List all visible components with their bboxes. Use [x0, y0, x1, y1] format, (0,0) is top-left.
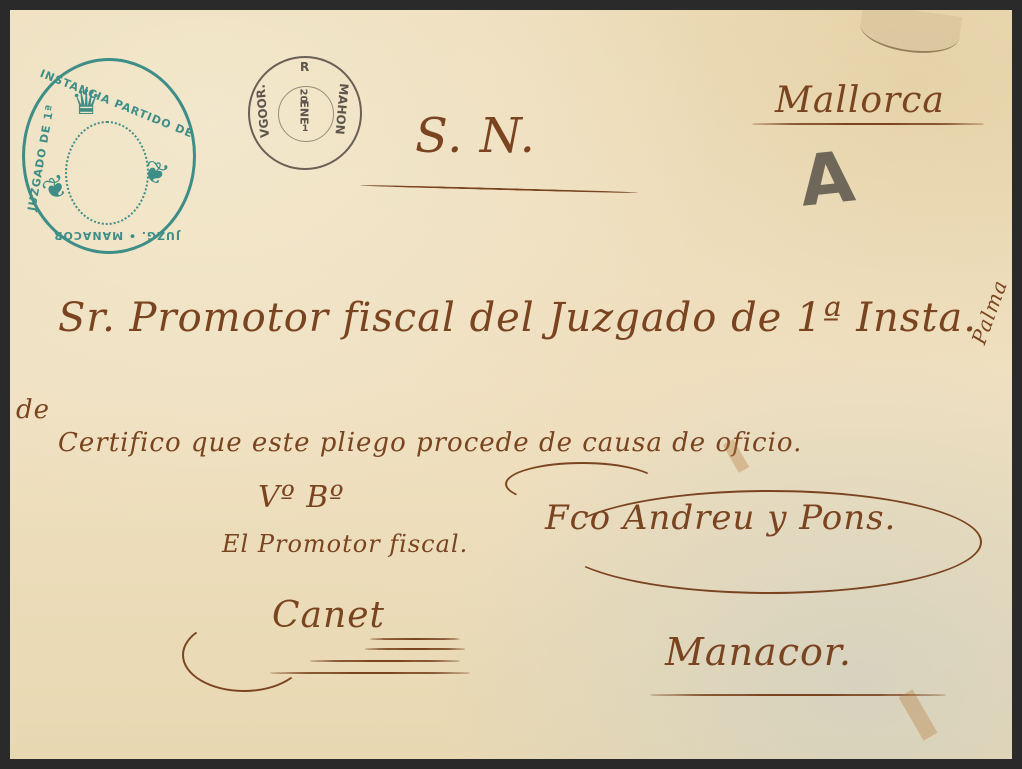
seal-inner-oval: [65, 121, 149, 225]
canet-rubric-line: [310, 660, 460, 662]
de-word: de: [16, 395, 50, 425]
origin-manacor: Manacor.: [665, 630, 852, 674]
signature-flourish: [505, 462, 659, 506]
sn-underline: [360, 184, 638, 193]
ink-stain: [899, 689, 938, 740]
cover-paper: ♛ ❦ ❦ INSTANCIA PARTIDO DE JUZGADO DE 1ª…: [10, 10, 1012, 759]
paper-fold-crease: [858, 10, 963, 59]
circular-postmark: VGOOR. MAHON R 20 ENE 1: [248, 56, 362, 170]
certification-text: Certifico que este pliego procede de cau…: [58, 428, 802, 458]
promotor-title: El Promotor fiscal.: [222, 530, 468, 558]
postmark-right-text: MAHON: [333, 83, 351, 136]
postmark-top-text: R: [300, 60, 309, 74]
postmark-year: 1: [302, 124, 308, 134]
canet-flourish: [182, 618, 306, 692]
postmark-month: ENE: [298, 100, 311, 124]
canet-rubric-line: [370, 638, 460, 640]
region-mallorca: Mallorca: [775, 80, 945, 121]
sn-marking: S. N.: [415, 108, 536, 164]
canet-rubric-line: [365, 648, 465, 650]
mallorca-underline: [752, 123, 984, 125]
canet-rubric-line: [270, 672, 470, 674]
seal-bottom-text: JUZG. • MANACOR: [53, 229, 180, 242]
a-handstamp: A: [796, 135, 858, 222]
postmark-left-text: VGOOR.: [253, 84, 272, 139]
signature-paraph: [558, 490, 982, 594]
scan-frame: ♛ ❦ ❦ INSTANCIA PARTIDO DE JUZGADO DE 1ª…: [0, 0, 1022, 769]
addressee-line: Sr. Promotor fiscal del Juzgado de 1ª In…: [58, 295, 977, 341]
visto-bueno: Vº Bº: [258, 480, 344, 515]
court-seal: ♛ ❦ ❦ INSTANCIA PARTIDO DE JUZGADO DE 1ª…: [22, 58, 196, 254]
